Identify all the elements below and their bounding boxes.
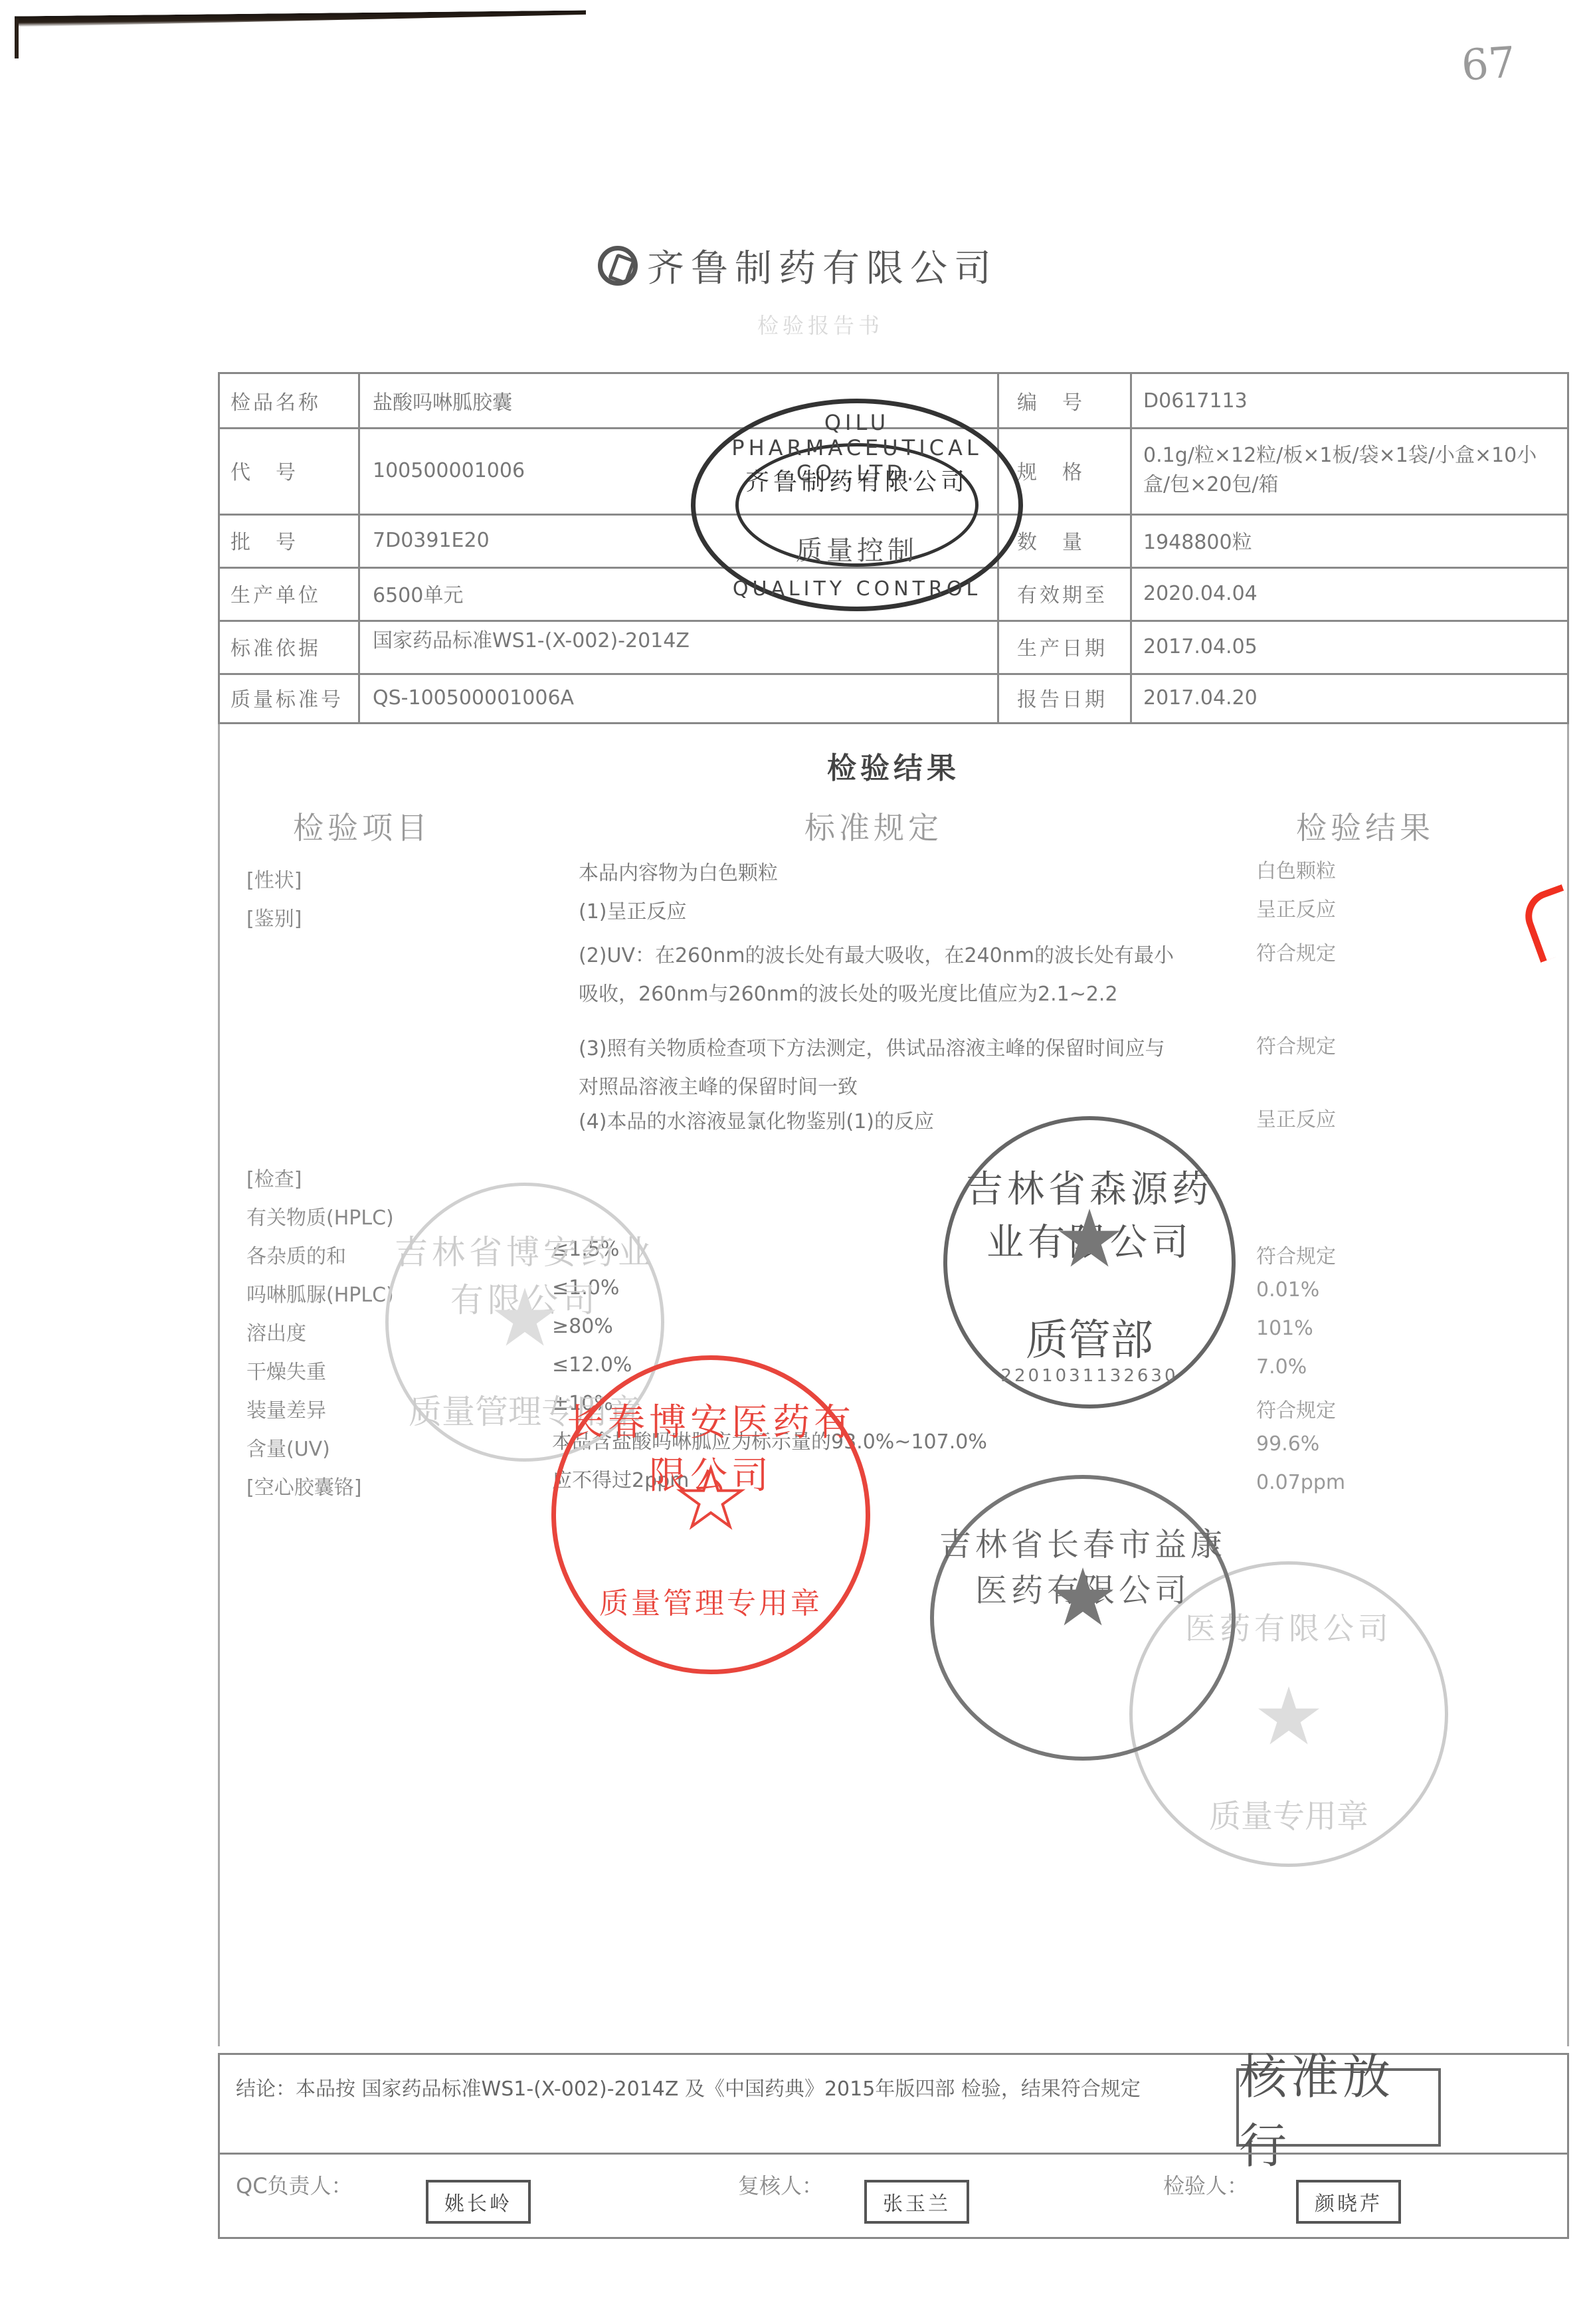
label-spec: 规 格	[1017, 427, 1085, 514]
label-report-no: 编 号	[1017, 374, 1085, 427]
info-row: 标准依据 国家药品标准WS1-(X-002)-2014Z 生产日期 2017.0…	[220, 620, 1567, 675]
product-info-table: 检品名称 盐酸吗啉胍胶囊 编 号 D0617113 代 号 1005000010…	[218, 372, 1569, 724]
result-value: 0.07ppm	[1256, 1471, 1345, 1494]
value-spec: 0.1g/粒×12粒/板×1板/袋×1袋/小盒×10小盒/包×20包/箱	[1143, 427, 1555, 514]
result-spec: ≤1.5%	[552, 1230, 619, 1269]
result-item: [鉴别]	[246, 902, 302, 931]
document-subtitle: 检验报告书	[757, 309, 884, 339]
label-batch: 批 号	[231, 514, 298, 567]
document-header: 齐鲁制药有限公司	[598, 239, 998, 292]
inspector-label: 检验人：	[1163, 2169, 1248, 2200]
result-value: 白色颗粒	[1256, 854, 1336, 884]
approval-stamp: 核准放行	[1236, 2068, 1441, 2147]
info-row: 代 号 100500001006 规 格 0.1g/粒×12粒/板×1板/袋×1…	[220, 427, 1567, 516]
qc-manager-label: QC负责人：	[236, 2169, 353, 2200]
result-spec: (2)UV：在260nm的波长处有最大吸收，在240nm的波长处有最小吸收，26…	[579, 937, 1176, 1014]
info-row: 质量标准号 QS-100500001006A 报告日期 2017.04.20	[220, 673, 1567, 722]
result-item: [检查]	[246, 1163, 302, 1192]
label-production-date: 生产日期	[1017, 620, 1107, 673]
result-value: 符合规定	[1256, 1394, 1336, 1423]
value-report-date: 2017.04.20	[1143, 673, 1258, 722]
label-production-unit: 生产单位	[231, 567, 321, 620]
info-row: 检品名称 盐酸吗啉胍胶囊 编 号 D0617113	[220, 374, 1567, 429]
result-item: [性状]	[246, 864, 302, 893]
column-header-result: 检验结果	[1296, 804, 1434, 848]
inspector-signature: 颜晓芹	[1296, 2180, 1401, 2224]
value-expiry: 2020.04.04	[1143, 567, 1258, 620]
result-spec: 本品含盐酸吗啉胍应为标示量的93.0%~107.0%	[552, 1423, 987, 1462]
company-logo-icon	[598, 246, 638, 286]
result-item: 干燥失重	[246, 1355, 326, 1385]
signatures-section: QC负责人： 姚长岭 复核人： 张玉兰 检验人： 颜晓芹	[218, 2153, 1569, 2239]
label-quantity: 数 量	[1017, 514, 1085, 567]
value-product-name: 盐酸吗啉胍胶囊	[373, 374, 512, 427]
result-item: [空心胶囊铬]	[246, 1471, 361, 1500]
info-row: 批 号 7D0391E20 数 量 1948800粒	[220, 514, 1567, 569]
results-title: 检验结果	[220, 744, 1567, 787]
page-number: 67	[1460, 38, 1517, 91]
conclusion-section: 结论：本品按 国家药品标准WS1-(X-002)-2014Z 及《中国药典》20…	[218, 2053, 1569, 2153]
result-value: 呈正反应	[1256, 893, 1336, 922]
result-spec: ≤12.0%	[552, 1346, 632, 1385]
label-standard: 标准依据	[231, 620, 321, 673]
label-quality-standard-no: 质量标准号	[231, 673, 343, 722]
result-value: 99.6%	[1256, 1432, 1319, 1456]
reviewer-signature: 张玉兰	[864, 2180, 969, 2224]
value-production-unit: 6500单元	[373, 567, 463, 620]
result-spec: (3)照有关物质检查项下方法测定，供试品溶液主峰的保留时间应与对照品溶液主峰的保…	[579, 1030, 1176, 1107]
result-value: 0.01%	[1256, 1278, 1319, 1302]
reviewer-label: 复核人：	[738, 2169, 823, 2200]
scan-shadow	[15, 10, 586, 27]
column-header-spec: 标准规定	[804, 804, 943, 848]
value-quality-standard-no: QS-100500001006A	[373, 673, 574, 722]
result-item: 装量差异	[246, 1394, 326, 1423]
conclusion-text: 结论：本品按 国家药品标准WS1-(X-002)-2014Z 及《中国药典》20…	[236, 2072, 1141, 2101]
result-spec: (4)本品的水溶液显氯化物鉴别(1)的反应	[579, 1103, 1176, 1141]
result-value: 呈正反应	[1256, 1103, 1336, 1132]
result-spec: ≤1.0%	[552, 1269, 619, 1307]
qc-manager-signature: 姚长岭	[426, 2180, 531, 2224]
test-results-section: 检验结果 检验项目 标准规定 检验结果 [性状] 本品内容物为白色颗粒 白色颗粒…	[218, 724, 1569, 2046]
result-item: 各杂质的和	[246, 1240, 346, 1269]
result-spec: 本品内容物为白色颗粒	[579, 854, 1176, 893]
result-value: 7.0%	[1256, 1355, 1307, 1379]
result-item: 吗啉胍脲(HPLC)	[246, 1278, 394, 1307]
info-row: 生产单位 6500单元 有效期至 2020.04.04	[220, 567, 1567, 622]
result-spec: (1)呈正反应	[579, 893, 1176, 931]
value-code: 100500001006	[373, 427, 525, 514]
value-production-date: 2017.04.05	[1143, 620, 1258, 673]
company-name: 齐鲁制药有限公司	[647, 239, 998, 292]
value-report-no: D0617113	[1143, 374, 1248, 427]
value-batch: 7D0391E20	[373, 514, 490, 567]
result-spec: 应不得过2ppm	[552, 1462, 689, 1500]
result-value: 101%	[1256, 1317, 1313, 1340]
label-code: 代 号	[231, 427, 298, 514]
result-value: 符合规定	[1256, 937, 1336, 966]
scan-shadow-edge	[15, 19, 19, 58]
value-standard: 国家药品标准WS1-(X-002)-2014Z	[373, 620, 690, 673]
label-expiry: 有效期至	[1017, 567, 1107, 620]
label-product-name: 检品名称	[231, 374, 321, 427]
column-header-item: 检验项目	[293, 804, 431, 848]
result-spec: ≥80%	[552, 1307, 613, 1346]
result-spec: ±10%	[552, 1385, 613, 1423]
result-item: 含量(UV)	[246, 1432, 330, 1462]
label-report-date: 报告日期	[1017, 673, 1107, 722]
result-value: 符合规定	[1256, 1030, 1336, 1059]
result-item: 有关物质(HPLC)	[246, 1201, 394, 1230]
result-value: 符合规定	[1256, 1240, 1336, 1269]
value-quantity: 1948800粒	[1143, 514, 1252, 567]
result-item: 溶出度	[246, 1317, 306, 1346]
